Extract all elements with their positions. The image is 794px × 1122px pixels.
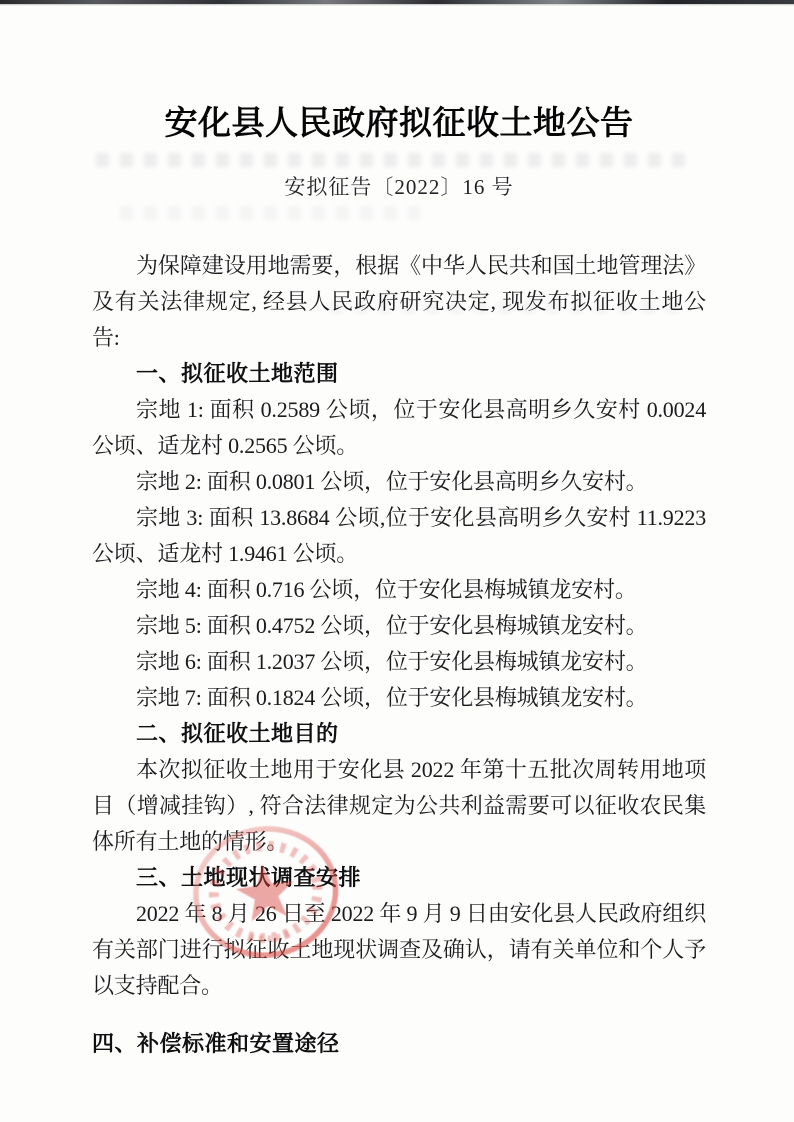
parcel-item-6: 宗地 6: 面积 1.2037 公顷，位于安化县梅城镇龙安村。 xyxy=(92,644,706,680)
document-page: 安化县人民政府拟征收土地公告 安拟征告〔2022〕16 号 为保障建设用地需要，… xyxy=(0,0,794,1122)
parcel-item-1: 宗地 1: 面积 0.2589 公顷，位于安化县高明乡久安村 0.0024 公顷… xyxy=(92,392,706,464)
section-2-paragraph: 本次拟征收土地用于安化县 2022 年第十五批次周转用地项目（增减挂钩）, 符合… xyxy=(92,752,706,860)
parcel-item-4: 宗地 4: 面积 0.716 公顷，位于安化县梅城镇龙安村。 xyxy=(92,572,706,608)
notice-content: 安化县人民政府拟征收土地公告 安拟征告〔2022〕16 号 为保障建设用地需要，… xyxy=(0,4,794,1062)
intro-paragraph: 为保障建设用地需要，根据《中华人民共和国土地管理法》及有关法律规定, 经县人民政… xyxy=(92,248,706,356)
document-number: 安拟征告〔2022〕16 号 xyxy=(92,172,706,202)
parcel-item-5: 宗地 5: 面积 0.4752 公顷，位于安化县梅城镇龙安村。 xyxy=(92,608,706,644)
notice-body: 为保障建设用地需要，根据《中华人民共和国土地管理法》及有关法律规定, 经县人民政… xyxy=(92,248,706,1062)
section-1-heading: 一、拟征收土地范围 xyxy=(92,356,706,392)
section-3-heading: 三、土地现状调查安排 xyxy=(92,860,706,896)
parcel-item-2: 宗地 2: 面积 0.0801 公顷，位于安化县高明乡久安村。 xyxy=(92,464,706,500)
section-2-heading: 二、拟征收土地目的 xyxy=(92,716,706,752)
page-title: 安化县人民政府拟征收土地公告 xyxy=(92,100,706,148)
parcel-item-7: 宗地 7: 面积 0.1824 公顷，位于安化县梅城镇龙安村。 xyxy=(92,680,706,716)
section-4-heading: 四、补偿标准和安置途径 xyxy=(92,1026,706,1062)
parcel-item-3: 宗地 3: 面积 13.8684 公顷,位于安化县高明乡久安村 11.9223 … xyxy=(92,500,706,572)
section-3-paragraph: 2022 年 8 月 26 日至 2022 年 9 月 9 日由安化县人民政府组… xyxy=(92,896,706,1004)
